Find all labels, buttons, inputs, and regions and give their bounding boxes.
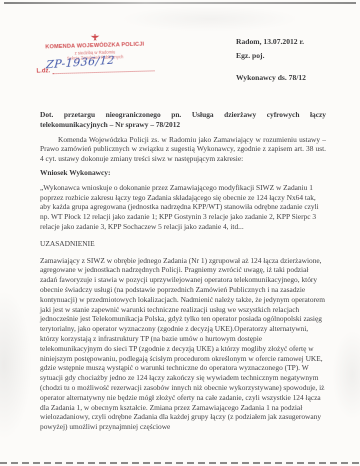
scan-smudge bbox=[120, 6, 300, 32]
scan-artifact-top-line bbox=[4, 2, 356, 4]
request-quote-paragraph: „Wykonawca wnioskuje o dokonanie przez Z… bbox=[40, 183, 326, 232]
scan-artifact-bottom-line bbox=[0, 462, 360, 464]
recipient-line: Wykonawcy ds. 78/12 bbox=[236, 74, 306, 82]
letter-body: Dot. przetargu nieograniczonego pn. Usłu… bbox=[40, 110, 326, 432]
place-and-date: Radom, 13.07.2012 r. bbox=[236, 38, 306, 46]
scanned-letter-page: KOMENDA WOJEWÓDZKA POLICJI z siedzibą w … bbox=[0, 0, 360, 466]
intro-paragraph: Komenda Wojewódzka Policji zs. w Radomiu… bbox=[40, 135, 326, 164]
request-heading: Wniosek Wykonawcy: bbox=[40, 168, 326, 178]
justification-paragraph: Zamawiający z SIWZ w obrębie jednego Zad… bbox=[40, 256, 326, 432]
copy-note: Egz. poj. bbox=[236, 52, 306, 60]
subject-line: Dot. przetargu nieograniczonego pn. Usłu… bbox=[40, 110, 326, 130]
justification-heading: UZASADNIENIE bbox=[40, 239, 326, 249]
scan-smudge bbox=[0, 290, 32, 440]
scan-smudge bbox=[332, 330, 360, 420]
dateline-block: Radom, 13.07.2012 r. Egz. poj. Wykonawcy… bbox=[236, 38, 306, 81]
